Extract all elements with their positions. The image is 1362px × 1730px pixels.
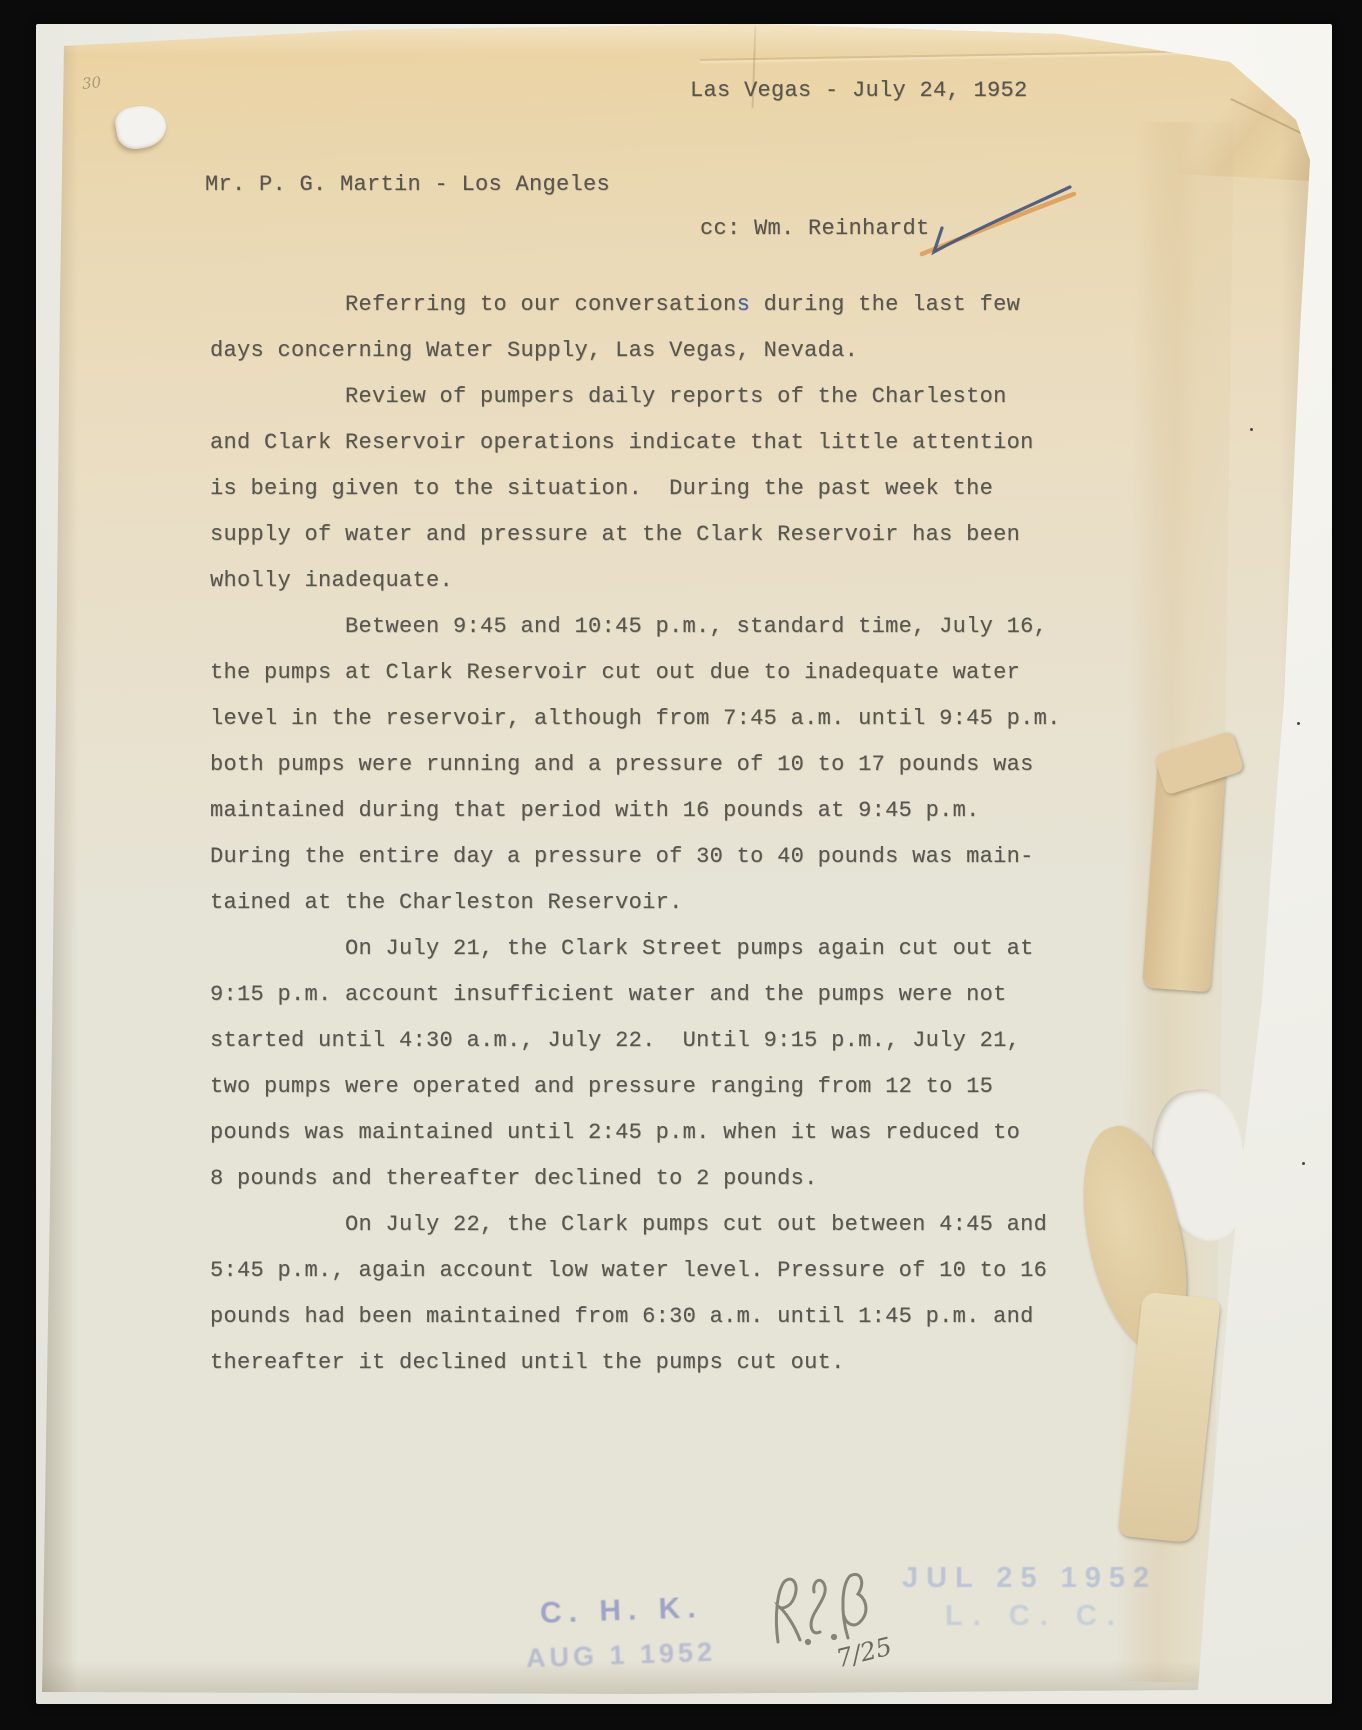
letter-line: On July 22, the Clark pumps cut out betw… [345,1212,1047,1237]
letter-line: days concerning Water Supply, Las Vegas,… [210,338,858,363]
check-mark-annotation [912,180,1088,264]
routing-stamp-date: JUL 25 1952 [902,1562,1157,1595]
blue-pen-stroke [934,187,1070,252]
letter-line: supply of water and pressure at the Clar… [210,522,1020,547]
dateline: Las Vegas - July 24, 1952 [690,78,1028,103]
recipient-line: Mr. P. G. Martin - Los Angeles [205,172,610,197]
letter-line: started until 4:30 a.m., July 22. Until … [210,1028,1020,1053]
letter-line: both pumps were running and a pressure o… [210,752,1034,777]
paper-tear-hole [113,102,170,152]
dust-speck [1250,428,1253,431]
corner-pencil-mark: 30 [81,73,102,93]
letter-line: is being given to the situation. During … [210,476,993,501]
received-stamp-date: AUG 1 1952 [526,1637,717,1675]
letter-line: thereafter it declined until the pumps c… [210,1350,845,1375]
letter-line: 9:15 p.m. account insufficient water and… [210,982,1007,1007]
letter-line: Referring to our conversations during th… [345,292,1020,317]
letter-line: level in the reservoir, although from 7:… [210,706,1061,731]
scanned-letter-scene: Las Vegas - July 24, 1952 Mr. P. G. Mart… [0,0,1362,1730]
letter-line: 8 pounds and thereafter declined to 2 po… [210,1166,818,1191]
letter-line: maintained during that period with 16 po… [210,798,980,823]
letter-page: Las Vegas - July 24, 1952 Mr. P. G. Mart… [40,22,1312,1694]
letter-line: On July 21, the Clark Street pumps again… [345,936,1034,961]
letter-line: the pumps at Clark Reservoir cut out due… [210,660,1020,685]
inserted-letter: s [737,292,751,317]
letter-line: and Clark Reservoir operations indicate … [210,430,1034,455]
cc-line: cc: Wm. Reinhardt [700,216,930,241]
letter-line: two pumps were operated and pressure ran… [210,1074,993,1099]
letter-line: wholly inadequate. [210,568,453,593]
routing-stamp-initials: L. C. C. [945,1600,1125,1633]
received-stamp-initials: C. H. K. [539,1591,703,1631]
letter-line: 5:45 p.m., again account low water level… [210,1258,1047,1283]
letter-line: pounds had been maintained from 6:30 a.m… [210,1304,1034,1329]
dust-speck [1302,1162,1305,1165]
letter-line: Review of pumpers daily reports of the C… [345,384,1007,409]
dust-speck [1297,722,1300,725]
letter-line: pounds was maintained until 2:45 p.m. wh… [210,1120,1020,1145]
letter-line: During the entire day a pressure of 30 t… [210,844,1034,869]
letter-line: tained at the Charleston Reservoir. [210,890,683,915]
letter-line: Between 9:45 and 10:45 p.m., standard ti… [345,614,1047,639]
